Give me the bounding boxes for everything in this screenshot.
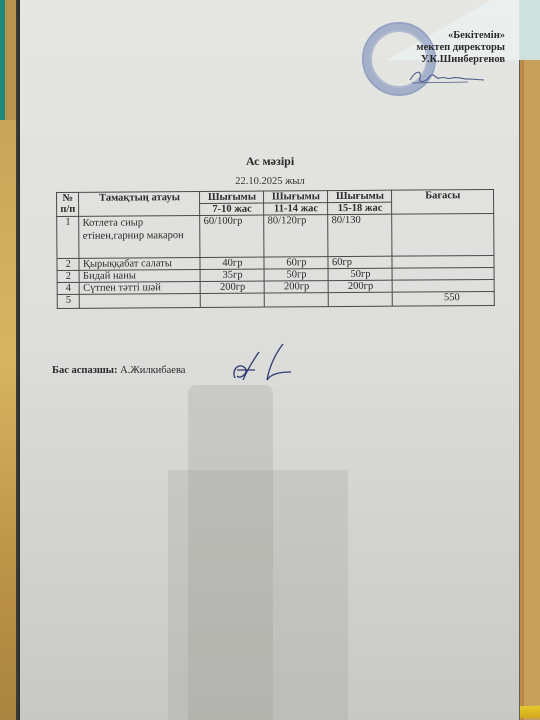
yield-7-10: 35гр — [200, 269, 264, 281]
header-age-11-14: 11-14 жас — [264, 203, 328, 215]
table-header-row: № п/п Тамақтың атауы Шығымы Шығымы Шығым… — [57, 189, 494, 204]
header-dish-name: Тамақтың атауы — [79, 191, 200, 216]
chef-label: Бас аспазшы: — [52, 365, 117, 376]
approval-position: мектеп директоры — [355, 42, 505, 54]
header-yield-3: Шығымы — [328, 190, 392, 202]
yield-15-18: 200гр — [329, 280, 393, 292]
price-cell — [392, 267, 494, 280]
approval-heading: «Бекітемін» — [355, 30, 505, 42]
frame-left-wood — [0, 120, 16, 720]
chef-name: А.Жилкибаева — [120, 365, 185, 376]
row-number: 4 — [57, 282, 80, 294]
row-number: 5 — [57, 294, 80, 308]
yield-15-18: 60гр — [328, 256, 392, 268]
yield-7-10 — [201, 293, 265, 307]
header-number: № п/п — [57, 192, 80, 216]
yield-11-14: 50гр — [264, 269, 328, 281]
yield-11-14: 80/120гр — [264, 215, 328, 257]
yield-7-10: 60/100гр — [200, 215, 264, 257]
row-number: 2 — [57, 270, 80, 282]
dish-name: Бидай наны — [79, 269, 200, 282]
header-yield-2: Шығымы — [264, 191, 328, 203]
menu-table: № п/п Тамақтың атауы Шығымы Шығымы Шығым… — [56, 189, 495, 309]
yield-15-18: 50гр — [328, 268, 392, 280]
director-name: У.К.Шинбергенов — [355, 54, 505, 66]
yield-15-18 — [329, 292, 393, 306]
price-cell — [392, 213, 494, 256]
price-cell — [392, 255, 494, 268]
table-row: 1 Котлета сиыр етінен,гарнир макарон 60/… — [57, 213, 494, 258]
row-number: 2 — [57, 258, 80, 270]
approval-block: «Бекітемін» мектеп директоры У.К.Шинберг… — [355, 30, 505, 66]
header-yield-1: Шығымы — [200, 191, 264, 203]
yield-11-14 — [265, 293, 329, 307]
row-number: 1 — [57, 216, 80, 258]
dish-name: Сүтпен тәтті шәй — [80, 281, 201, 294]
yield-7-10: 200гр — [201, 281, 265, 293]
price-cell — [393, 279, 495, 292]
header-price: Бағасы — [392, 189, 494, 214]
head-chef-line: Бас аспазшы: А.Жилкибаева — [52, 365, 185, 376]
page-title: Ас мәзірі — [0, 154, 540, 169]
table-row: 5 550 — [57, 291, 494, 308]
dish-name: Котлета сиыр етінен,гарнир макарон — [79, 215, 200, 258]
total-price: 550 — [393, 291, 495, 306]
header-age-7-10: 7-10 жас — [200, 203, 264, 215]
yield-11-14: 60гр — [264, 257, 328, 269]
yield-11-14: 200гр — [265, 281, 329, 293]
dish-name: Қырыққабат салаты — [79, 257, 200, 270]
chef-signature-icon — [225, 340, 295, 385]
dish-name — [80, 293, 201, 308]
header-age-15-18: 15-18 жас — [328, 202, 392, 214]
menu-date: 22.10.2025 жыл — [0, 176, 540, 187]
director-signature-icon — [408, 68, 488, 88]
yield-15-18: 80/130 — [328, 214, 392, 256]
yield-7-10: 40гр — [200, 257, 264, 269]
phone-shadow — [188, 385, 273, 720]
